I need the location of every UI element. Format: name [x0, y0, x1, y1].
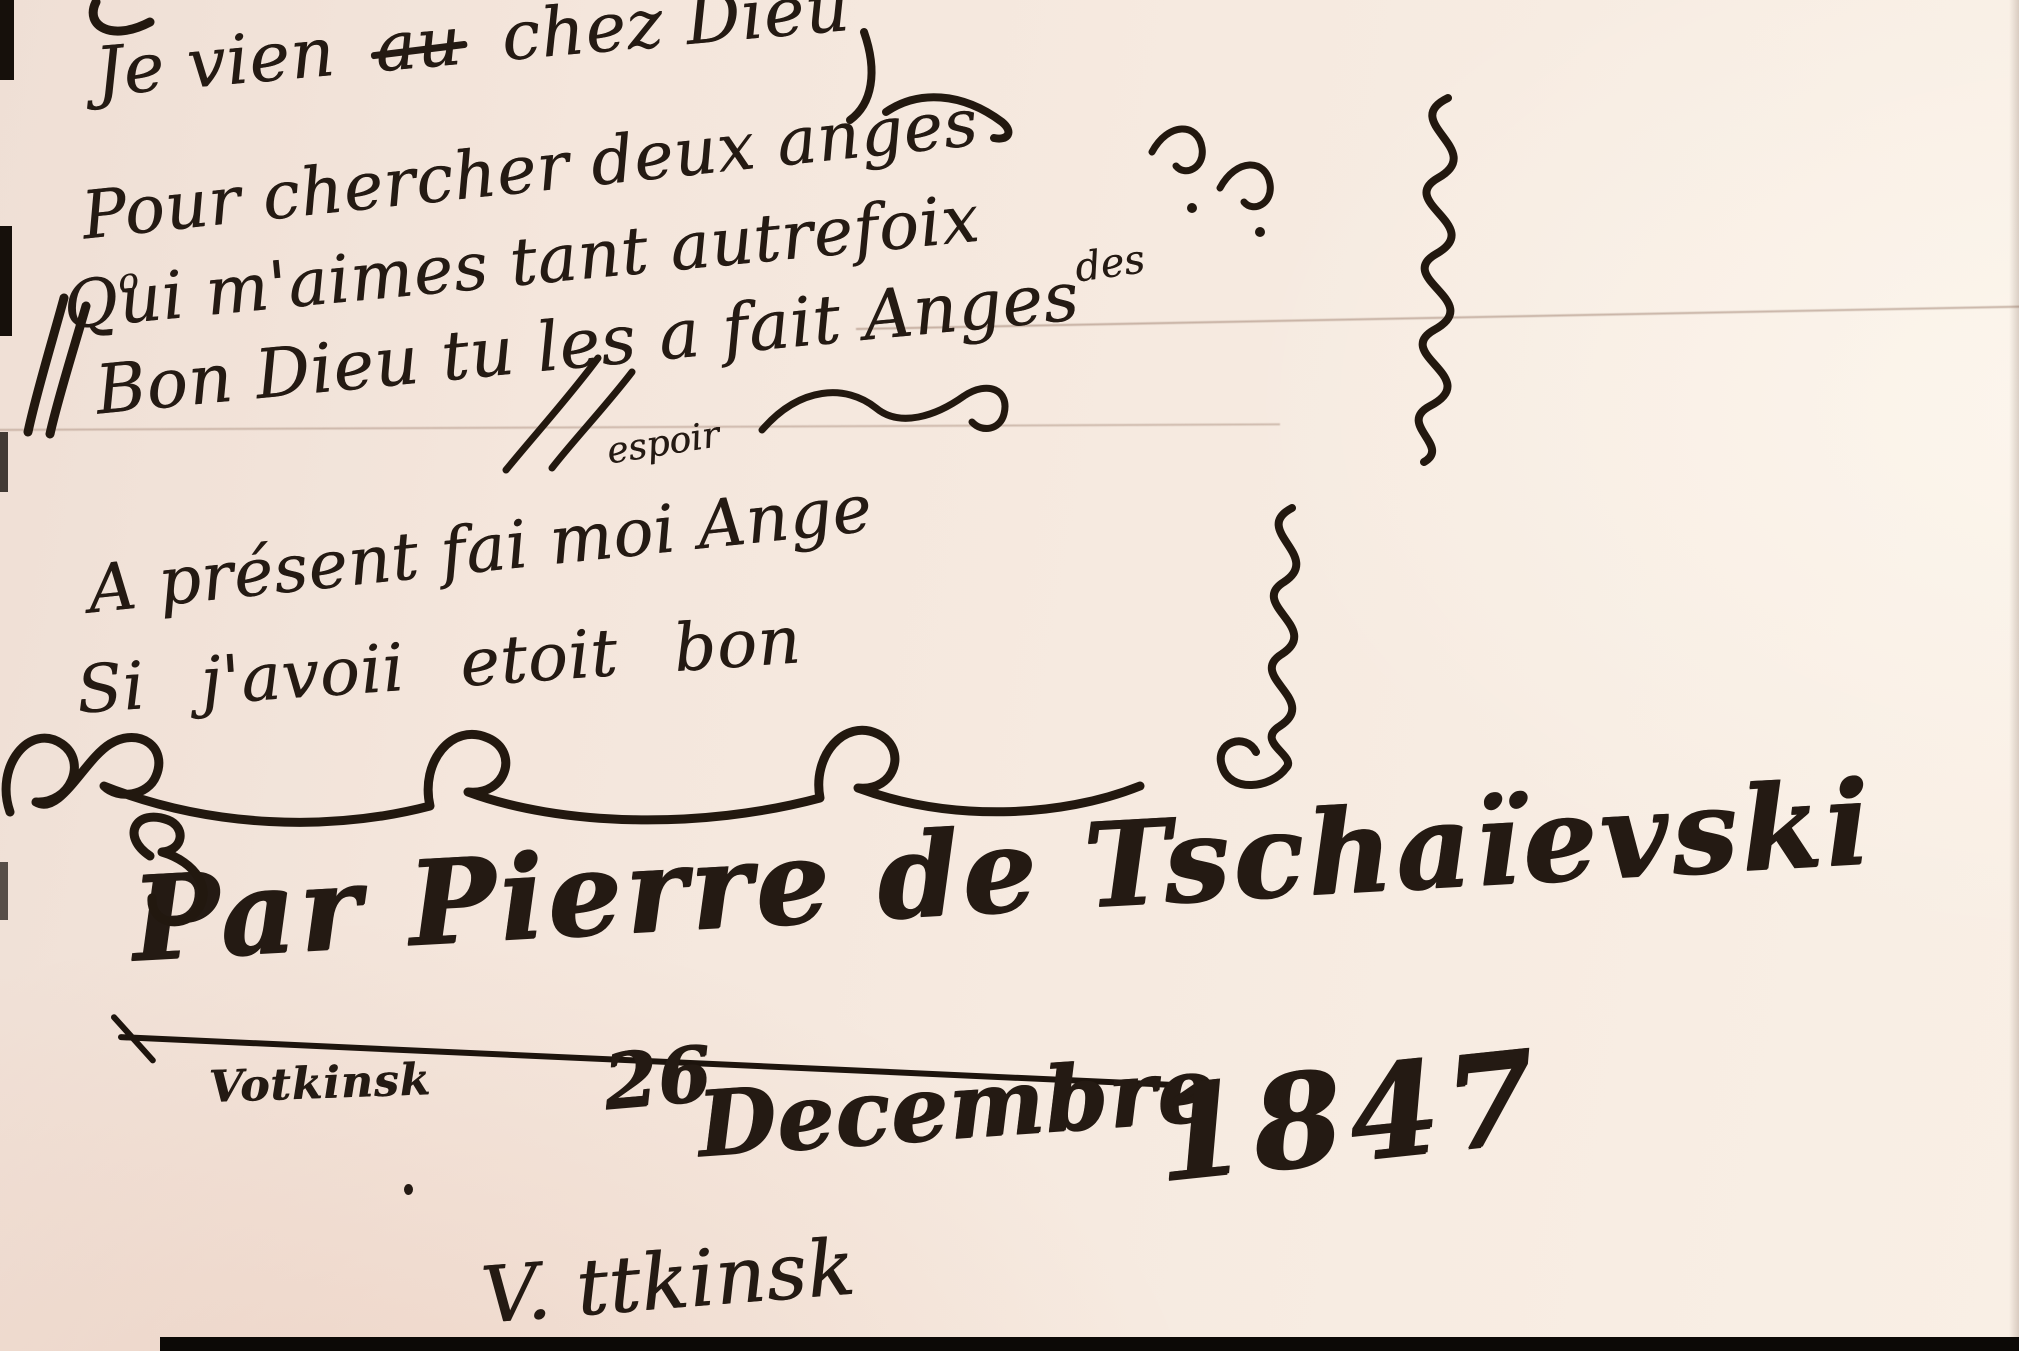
scan-bottom-black-bar — [160, 1337, 2019, 1351]
anges-ink-dot-2 — [1255, 227, 1265, 237]
line1-swoosh-flourish — [886, 97, 1008, 138]
scan-edge-smudge — [0, 432, 8, 492]
anges-ink-dot-1 — [1187, 203, 1197, 213]
anges-squiggle-2 — [1220, 165, 1270, 207]
signature-lead-scrawl — [134, 817, 203, 922]
line1-descender-flourish — [850, 32, 872, 120]
loop-divider — [6, 730, 1140, 822]
insert-caret-stroke-2 — [552, 372, 632, 468]
anges-squiggle-1 — [1152, 129, 1202, 171]
right-brace-lower — [1221, 508, 1297, 785]
ink-dot-below-place — [404, 1184, 413, 1195]
right-brace-upper — [1419, 98, 1454, 462]
scan-edge-smudge — [0, 0, 14, 80]
top-edge-stroke — [93, 2, 150, 31]
insert-wave-flourish — [762, 388, 1005, 430]
scan-edge-smudge — [0, 226, 12, 336]
insert-caret-stroke-1 — [506, 358, 598, 470]
ink-flourishes — [0, 0, 2019, 1351]
scan-edge-smudge — [0, 862, 8, 920]
manuscript-photo: Je vien au chez Dieu Pour chercher deux … — [0, 0, 2019, 1351]
